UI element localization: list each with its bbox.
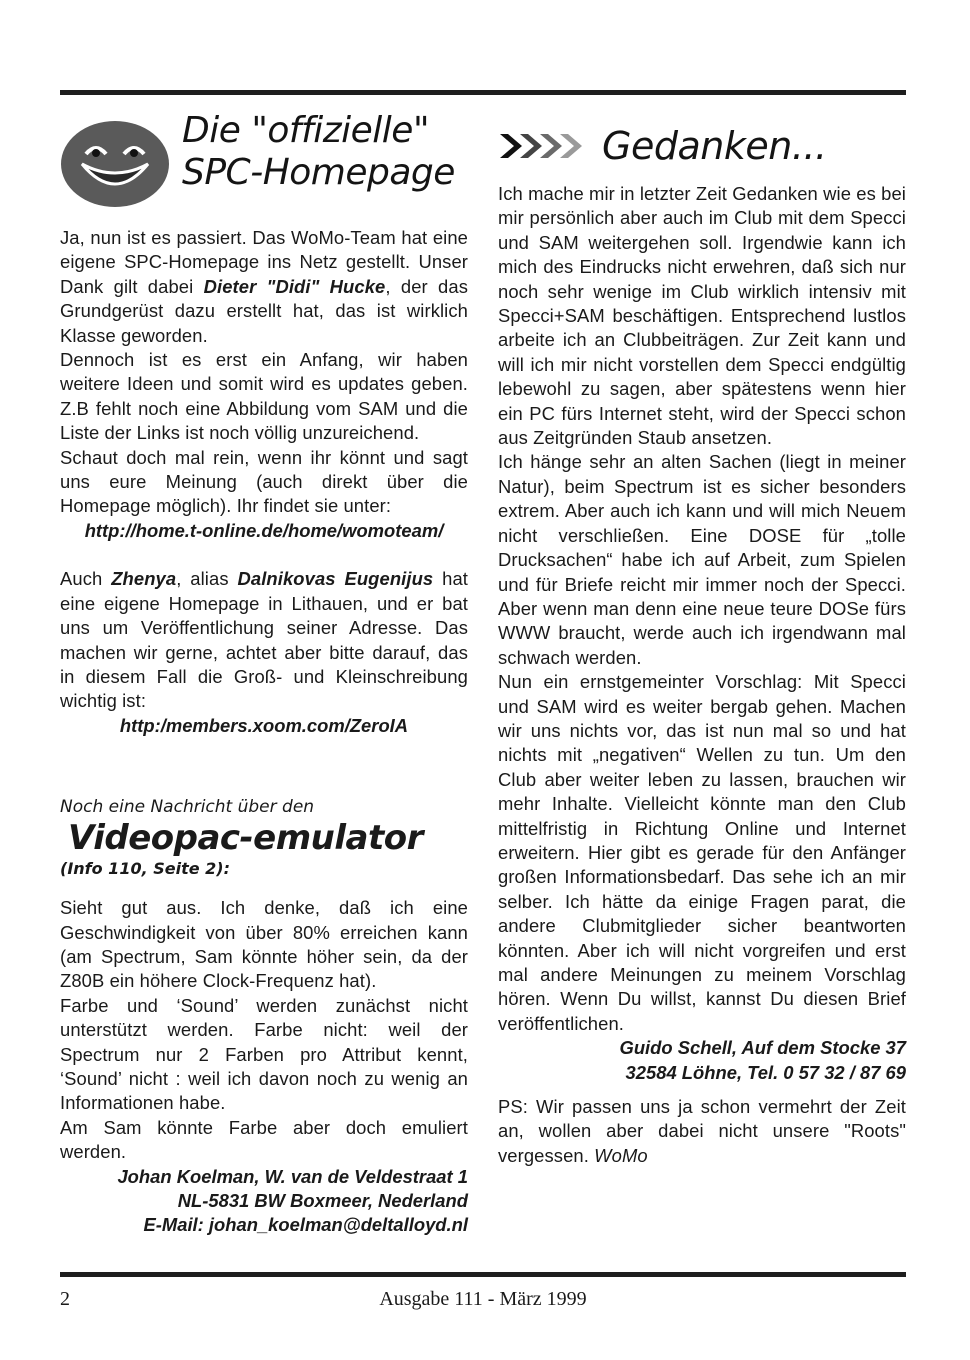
email-link[interactable]: E-Mail: johan_koelman@deltalloyd.nl — [60, 1213, 468, 1237]
paragraph: Auch Zhenya, alias Dalnikovas Eugenijus … — [60, 567, 468, 713]
right-column: Gedanken... Ich mache mir in letzter Zei… — [498, 110, 906, 1168]
paragraph: Ja, nun ist es passiert. Das WoMo-Team h… — [60, 226, 468, 348]
top-rule — [60, 90, 906, 95]
gedanken-title: Gedanken... — [602, 125, 827, 167]
paragraph: Dennoch ist es erst ein Anfang, wir habe… — [60, 348, 468, 446]
paragraph: Ich mache mir in letzter Zeit Gedanken w… — [498, 182, 906, 450]
person-name: Dalnikovas Eugenijus — [238, 568, 434, 589]
chevrons-right-icon — [498, 130, 590, 162]
videopac-article-header: Noch eine Nachricht über den Videopac-em… — [60, 796, 468, 880]
videopac-title: Videopac-emulator — [68, 818, 468, 858]
author-name: Dieter "Didi" Hucke — [204, 276, 386, 297]
smiley-face-icon — [60, 120, 170, 208]
paragraph: Ich hänge sehr an alten Sachen (liegt in… — [498, 450, 906, 670]
person-name: Zhenya — [111, 568, 176, 589]
homepage-article-header: Die "offizielle" SPC-Homepage — [60, 110, 468, 210]
ps-signature: WoMo — [594, 1145, 648, 1166]
bottom-rule — [60, 1272, 906, 1277]
homepage-url-link[interactable]: http://home.t-online.de/home/womoteam/ — [60, 519, 468, 543]
paragraph: Farbe und ‘Sound’ werden zunächst nicht … — [60, 994, 468, 1116]
xoom-url-link[interactable]: http:/members.xoom.com/ZeroIA — [60, 714, 468, 738]
paragraph: Sieht gut aus. Ich denke, daß ich eine G… — [60, 896, 468, 994]
postscript: PS: Wir passen uns ja schon vermehrt der… — [498, 1095, 906, 1168]
page-footer: 2 Ausgabe 111 - März 1999 — [60, 1288, 906, 1318]
issue-label: Ausgabe 111 - März 1999 — [60, 1288, 906, 1311]
signature-line: Johan Koelman, W. van de Veldestraat 1 — [60, 1165, 468, 1189]
left-column: Die "offizielle" SPC-Homepage Ja, nun is… — [60, 110, 468, 1238]
signature-line: NL-5831 BW Boxmeer, Nederland — [60, 1189, 468, 1213]
info-reference: (Info 110, Seite 2): — [60, 858, 468, 880]
homepage-article-title: Die "offizielle" SPC-Homepage — [182, 110, 455, 194]
paragraph: Schaut doch mal rein, wenn ihr könnt und… — [60, 446, 468, 519]
signature-line: Guido Schell, Auf dem Stocke 37 — [498, 1036, 906, 1060]
kicker: Noch eine Nachricht über den — [60, 796, 468, 818]
paragraph: Am Sam könnte Farbe aber doch emuliert w… — [60, 1116, 468, 1165]
signature-line: 32584 Löhne, Tel. 0 57 32 / 87 69 — [498, 1061, 906, 1085]
paragraph: Nun ein ernstgemeinter Vorschlag: Mit Sp… — [498, 670, 906, 1036]
gedanken-header: Gedanken... — [498, 110, 906, 182]
